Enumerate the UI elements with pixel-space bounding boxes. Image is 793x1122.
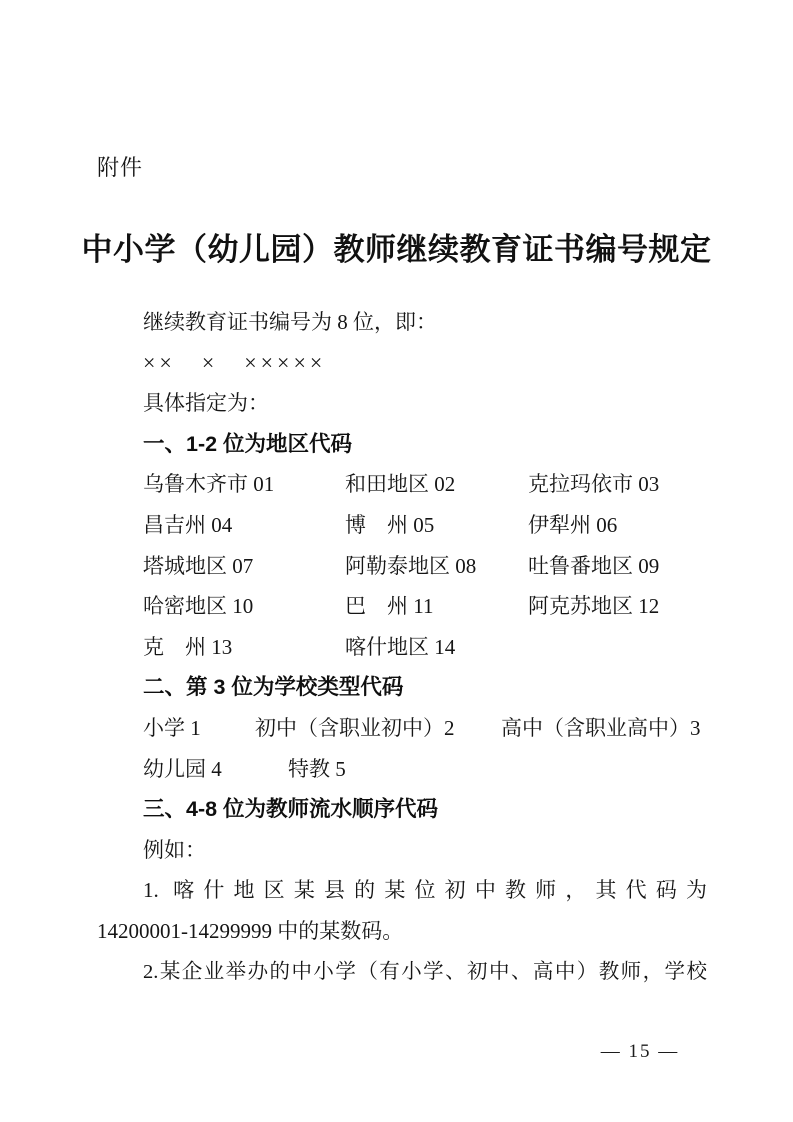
document-page: 附件 中小学（幼儿园）教师继续教育证书编号规定 继续教育证书编号为 8 位，即：… xyxy=(0,0,793,1122)
region-table-row: 哈密地区 10 巴 州 11 阿克苏地区 12 xyxy=(97,586,707,627)
region-cell: 克拉玛依市 03 xyxy=(528,464,659,505)
region-cell: 博 州 05 xyxy=(345,505,434,546)
region-cell: 克 州 13 xyxy=(143,627,232,668)
certificate-code-format: ×× × ××××× xyxy=(97,343,707,384)
region-cell: 喀什地区 14 xyxy=(345,627,455,668)
section2-heading: 二、第 3 位为学校类型代码 xyxy=(97,667,707,708)
intro-line-2: 具体指定为： xyxy=(97,383,707,424)
example-intro: 例如： xyxy=(97,830,707,871)
region-cell: 巴 州 11 xyxy=(345,586,433,627)
region-cell: 塔城地区 07 xyxy=(143,546,253,587)
school-type-cell: 初中（含职业初中）2 xyxy=(255,708,455,749)
document-body: 继续教育证书编号为 8 位，即： ×× × ××××× 具体指定为： 一、1-2… xyxy=(97,302,707,992)
region-cell: 阿勒泰地区 08 xyxy=(345,546,476,587)
region-table-row: 塔城地区 07 阿勒泰地区 08 吐鲁番地区 09 xyxy=(97,546,707,587)
region-cell: 伊犁州 06 xyxy=(528,505,617,546)
attachment-label: 附件 xyxy=(97,151,143,182)
region-cell: 和田地区 02 xyxy=(345,464,455,505)
region-cell: 昌吉州 04 xyxy=(143,505,232,546)
section3-heading: 三、4-8 位为教师流水顺序代码 xyxy=(97,789,707,830)
school-type-row: 小学 1 初中（含职业初中）2 高中（含职业高中）3 xyxy=(97,708,707,749)
example1-line1: 1. 喀什地区某县的某位初中教师，其代码为 xyxy=(97,870,707,911)
region-table-row: 昌吉州 04 博 州 05 伊犁州 06 xyxy=(97,505,707,546)
school-type-cell: 小学 1 xyxy=(143,708,201,749)
region-cell: 吐鲁番地区 09 xyxy=(528,546,659,587)
school-type-cell: 高中（含职业高中）3 xyxy=(501,708,701,749)
page-title: 中小学（幼儿园）教师继续教育证书编号规定 xyxy=(0,224,793,269)
page-number: — 15 — xyxy=(594,1041,686,1063)
school-type-cell: 幼儿园 4 xyxy=(143,749,222,790)
example2-line1: 2.某企业举办的中小学（有小学、初中、高中）教师，学校 xyxy=(97,952,707,993)
region-cell: 哈密地区 10 xyxy=(143,586,253,627)
region-cell: 阿克苏地区 12 xyxy=(528,586,659,627)
example1-line2: 14200001-14299999 中的某数码。 xyxy=(97,911,707,952)
region-table-row: 乌鲁木齐市 01 和田地区 02 克拉玛依市 03 xyxy=(97,464,707,505)
region-cell: 乌鲁木齐市 01 xyxy=(143,464,274,505)
region-table-row: 克 州 13 喀什地区 14 xyxy=(97,627,707,668)
school-type-cell: 特教 5 xyxy=(288,749,346,790)
school-type-row: 幼儿园 4 特教 5 xyxy=(97,749,707,790)
intro-line-1: 继续教育证书编号为 8 位，即： xyxy=(97,302,707,343)
section1-heading: 一、1-2 位为地区代码 xyxy=(97,424,707,465)
